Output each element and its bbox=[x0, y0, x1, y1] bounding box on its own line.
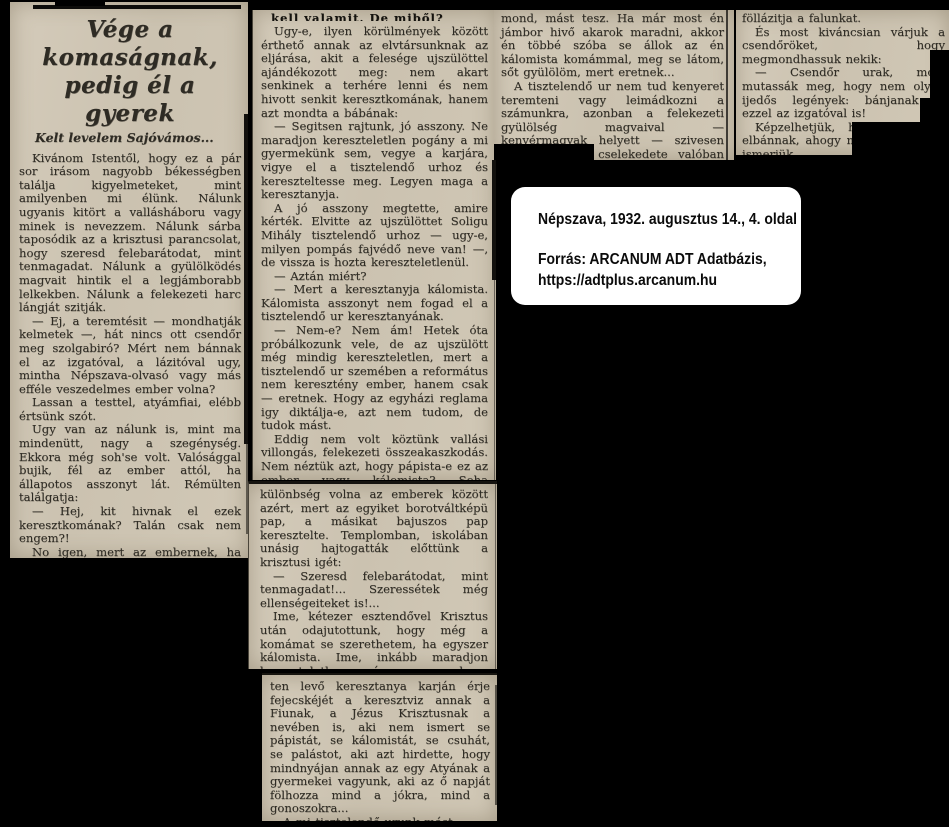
column-2-text: Ugy-e, ilyen körülmények között érthető … bbox=[261, 25, 488, 480]
article-paragraph: — Nem-e? Nem ám! Hetek óta próbálkozunk … bbox=[261, 324, 488, 433]
column-rule-fragment bbox=[495, 685, 497, 805]
article-paragraph: különbség volna az emberek között azért,… bbox=[260, 488, 488, 570]
article-paragraph: Ugy van az nálunk is, mint ma mindenütt,… bbox=[19, 423, 241, 505]
scan-tear-edge bbox=[494, 144, 594, 160]
column-rule bbox=[726, 10, 728, 160]
source-attribution-card: Népszava, 1932. augusztus 14., 4. oldal … bbox=[511, 187, 801, 305]
cropped-text-line: kell valamit. De miből? bbox=[271, 12, 488, 21]
newspaper-clipping-column-3: mond, mást tesz. Ha már most én jámbor h… bbox=[494, 10, 734, 160]
source-database-label: Forrás: ARCANUM ADT Adatbázis, bbox=[538, 249, 766, 270]
column-rule-fragment bbox=[495, 484, 496, 669]
column-rule-fragment bbox=[244, 114, 248, 444]
article-paragraph: — Aztán miért? bbox=[261, 270, 488, 284]
publication-title-date: Népszava, 1932. augusztus 14., 4. oldal bbox=[538, 211, 766, 229]
newspaper-clipping-column-2-top: kell valamit. De miből? Ugy-e, ilyen kör… bbox=[252, 10, 496, 480]
article-paragraph: — Mert a keresztanyja kálomista. Kálomis… bbox=[261, 283, 488, 324]
newspaper-clipping-column-2-middle: különbség volna az emberek között azért,… bbox=[248, 481, 497, 669]
article-paragraph: És most kiváncsian várjuk a csendőröket,… bbox=[742, 26, 945, 67]
article-paragraph: — Csendőr urak, most mutassák meg, hogy … bbox=[742, 66, 945, 120]
column-1-text: Kivánom Istentől, hogy ez a pár sor irás… bbox=[19, 152, 241, 558]
article-paragraph: Kivánom Istentől, hogy ez a pár sor irás… bbox=[19, 152, 241, 315]
article-paragraph: Ime, kétezer esztendővel Krisztus után o… bbox=[260, 610, 488, 669]
article-headline: Vége a komaságnak, pedig él a gyerek bbox=[21, 16, 239, 128]
newspaper-clipping-column-1: Vége a komaságnak, pedig él a gyerek Kel… bbox=[10, 2, 248, 558]
newspaper-clipping-column-2-bottom: ten levő keresztanya karján érje fejecsk… bbox=[262, 673, 497, 821]
column-2-text-bottom: ten levő keresztanya karján érje fejecsk… bbox=[270, 680, 490, 821]
column-3-text: mond, mást tesz. Ha már most én jámbor h… bbox=[501, 12, 724, 160]
scan-tear-edge bbox=[55, 0, 105, 6]
article-dateline: Kelt levelem Sajóvámos... bbox=[35, 131, 241, 145]
source-url: https://adtplus.arcanum.hu bbox=[538, 270, 766, 291]
article-paragraph: Ugy-e, ilyen körülmények között érthető … bbox=[261, 25, 488, 120]
article-paragraph: föllázitja a falunkat. bbox=[742, 12, 945, 26]
article-paragraph: Lassan a testtel, atyámfiai, elébb értsü… bbox=[19, 396, 241, 423]
scan-tear-edge bbox=[930, 50, 949, 100]
article-paragraph: Eddig nem volt köztünk vallási villongás… bbox=[261, 433, 488, 480]
scan-viewer-canvas: Vége a komaságnak, pedig él a gyerek Kel… bbox=[0, 0, 949, 827]
article-paragraph: — Ej, a teremtésit — mondhatják kelmetek… bbox=[19, 315, 241, 397]
article-paragraph: ten levő keresztanya karján érje fejecsk… bbox=[270, 680, 490, 816]
scan-tear-edge bbox=[852, 122, 949, 158]
article-paragraph: — Segitsen rajtunk, jó asszony. Ne marad… bbox=[261, 120, 488, 202]
article-paragraph: mond, mást tesz. Ha már most én jámbor h… bbox=[501, 12, 724, 80]
column-2-text-continued: különbség volna az emberek között azért,… bbox=[260, 488, 488, 669]
article-paragraph: A jó asszony megtette, amire kérték. Elv… bbox=[261, 202, 488, 270]
article-paragraph: No igen, mert az embernek, ha meg is van… bbox=[19, 546, 241, 558]
article-paragraph: — Szeresd felebarátodat, mint tenmagadat… bbox=[260, 570, 488, 611]
article-paragraph: — Hej, kit hivnak el ezek keresztkomának… bbox=[19, 505, 241, 546]
article-paragraph: A mi tisztelendő urunk mást bbox=[270, 816, 490, 821]
